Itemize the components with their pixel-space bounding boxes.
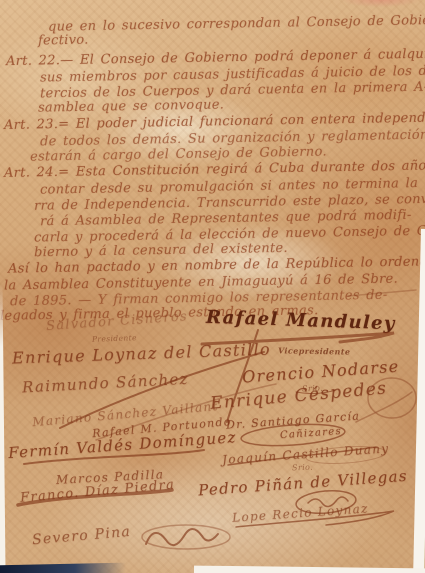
parchment-page: que en lo sucesivo correspondan al Conse…: [0, 0, 425, 573]
signature: Severo Pina: [31, 524, 131, 549]
manuscript-line: samblea que se convoque.: [38, 97, 224, 115]
signature: Lope Recio Loynaz: [232, 501, 369, 525]
signature: Enrique Loynaz del Castillo: [12, 339, 271, 367]
signature-role-label: Vicepresidente: [278, 345, 351, 356]
signature: Rafael Manduley: [206, 307, 396, 335]
manuscript-photo: que en lo sucesivo correspondan al Conse…: [0, 0, 425, 573]
photo-shadow-strip-bottom: [0, 563, 126, 573]
manuscript-line: fectivo.: [38, 33, 89, 49]
signature-role-label: Presidente: [92, 333, 137, 344]
signature-role-label: Srio.: [292, 463, 313, 473]
illegible-rubric-oval: [142, 525, 230, 549]
manuscript-line: que en lo sucesivo correspondan al Conse…: [48, 12, 425, 34]
illegible-rubric-signature: [146, 529, 218, 545]
signature-second-line: Cañizares: [280, 426, 343, 441]
signature: Enrique Céspedes: [209, 378, 387, 413]
signature: Raimundo Sánchez: [22, 370, 190, 397]
